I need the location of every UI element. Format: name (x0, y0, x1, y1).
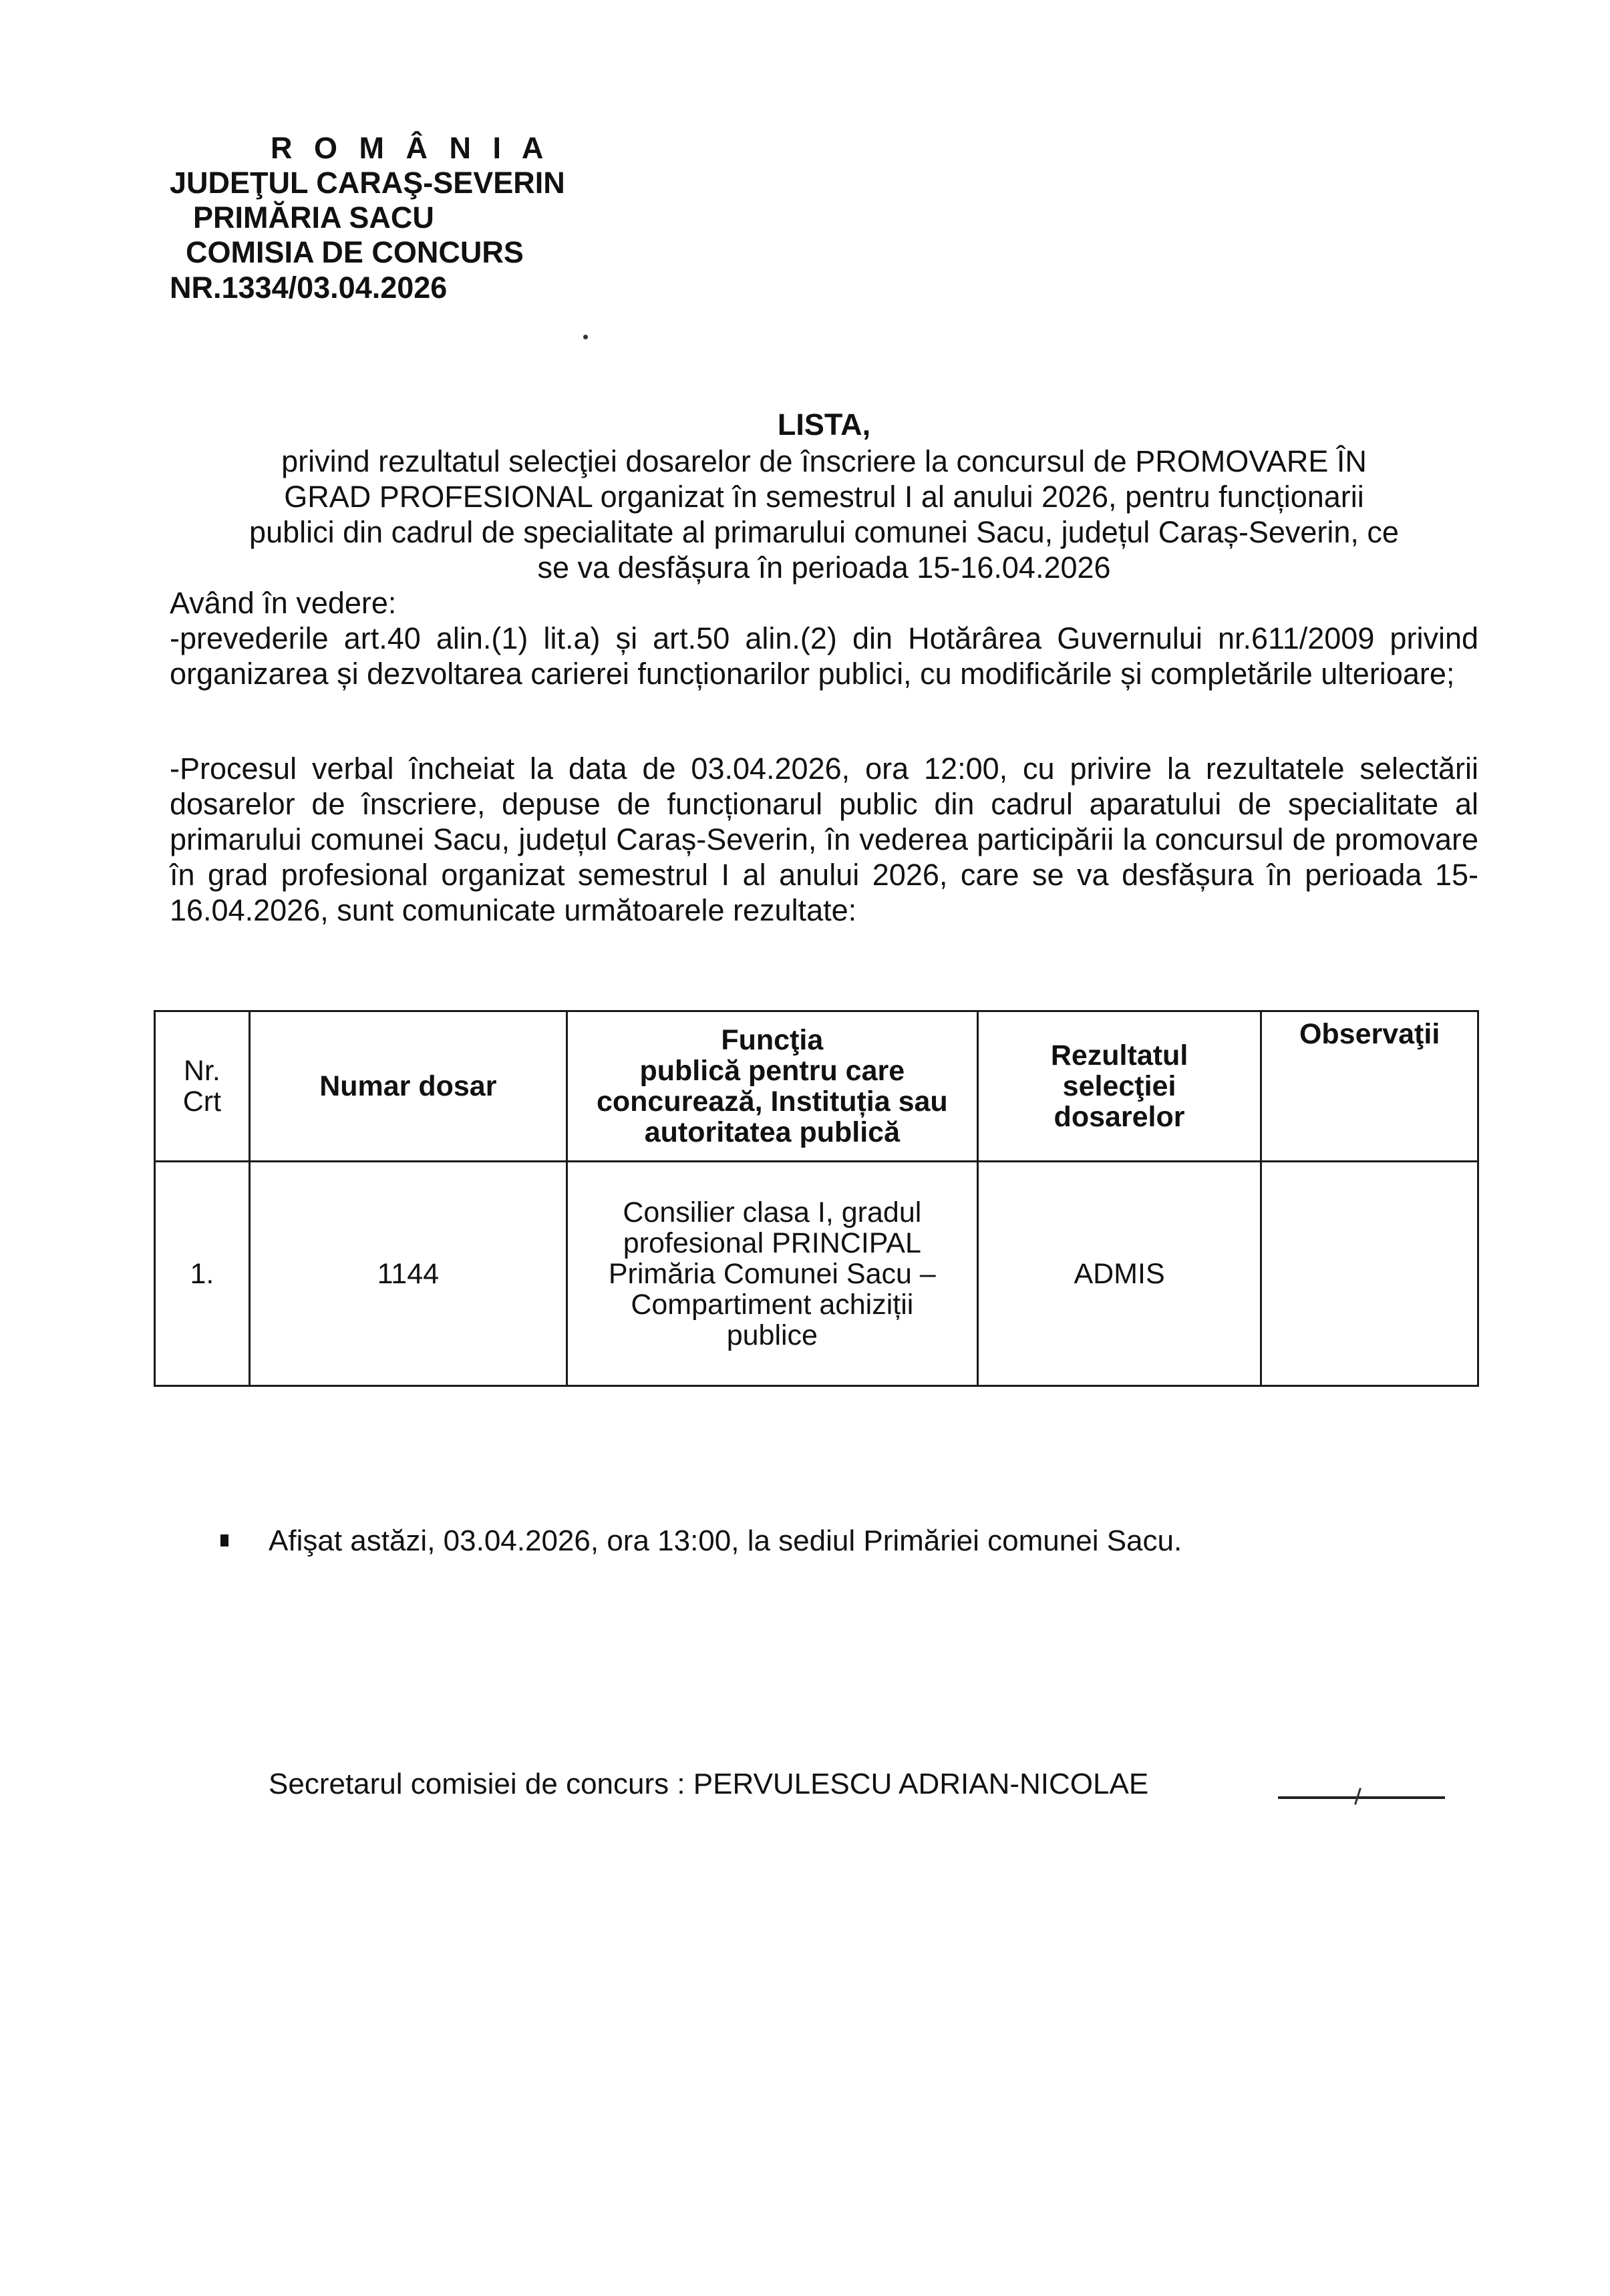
bullet-icon (220, 1534, 228, 1546)
table-header-row: Nr. Crt Numar dosar Funcţia publică pent… (155, 1011, 1478, 1162)
header-document-number: NR.1334/03.04.2026 (170, 271, 447, 305)
signature-line (1278, 1796, 1445, 1799)
cell-dosar: 1144 (249, 1162, 567, 1386)
paragraph-legal-basis: -prevederile art.40 alin.(1) lit.a) și a… (170, 621, 1478, 691)
header-institution: PRIMĂRIA SACU (193, 200, 434, 235)
paragraph-minutes: -Procesul verbal încheiat la data de 03.… (170, 751, 1478, 928)
header-rezultat: Rezultatul selecţiei dosarelor (977, 1011, 1261, 1162)
cell-functia: Consilier clasa I, gradul profesional PR… (567, 1162, 977, 1386)
intro-text: Având în vedere: (170, 585, 1478, 621)
subtitle-line: privind rezultatul selecţiei dosarelor d… (170, 444, 1478, 479)
posted-notice: Afişat astăzi, 03.04.2026, ora 13:00, la… (269, 1524, 1182, 1558)
document-title: LISTA, (170, 407, 1478, 442)
table-row: 1. 1144 Consilier clasa I, gradul profes… (155, 1162, 1478, 1386)
header-commission: COMISIA DE CONCURS (186, 235, 524, 270)
scan-speck (583, 335, 588, 339)
results-table: Nr. Crt Numar dosar Funcţia publică pent… (154, 1010, 1479, 1387)
header-nr-crt: Nr. Crt (155, 1011, 250, 1162)
subtitle-line: se va desfășura în perioada 15-16.04.202… (170, 550, 1478, 585)
cell-nr: 1. (155, 1162, 250, 1386)
header-observatii: Observaţii (1261, 1011, 1478, 1162)
document-subtitle: privind rezultatul selecţiei dosarelor d… (170, 444, 1478, 585)
header-county: JUDEŢUL CARAŞ-SEVERIN (170, 166, 565, 200)
header-country: R O M Â N I A (271, 131, 550, 166)
header-functia: Funcţia publică pentru care concurează, … (567, 1011, 977, 1162)
header-numar-dosar: Numar dosar (249, 1011, 567, 1162)
subtitle-line: GRAD PROFESIONAL organizat în semestrul … (170, 479, 1478, 514)
cell-rezultat: ADMIS (977, 1162, 1261, 1386)
signature-label: Secretarul comisiei de concurs : PERVULE… (269, 1768, 1148, 1801)
subtitle-line: publici din cadrul de specialitate al pr… (170, 514, 1478, 550)
cell-observatii (1261, 1162, 1478, 1386)
